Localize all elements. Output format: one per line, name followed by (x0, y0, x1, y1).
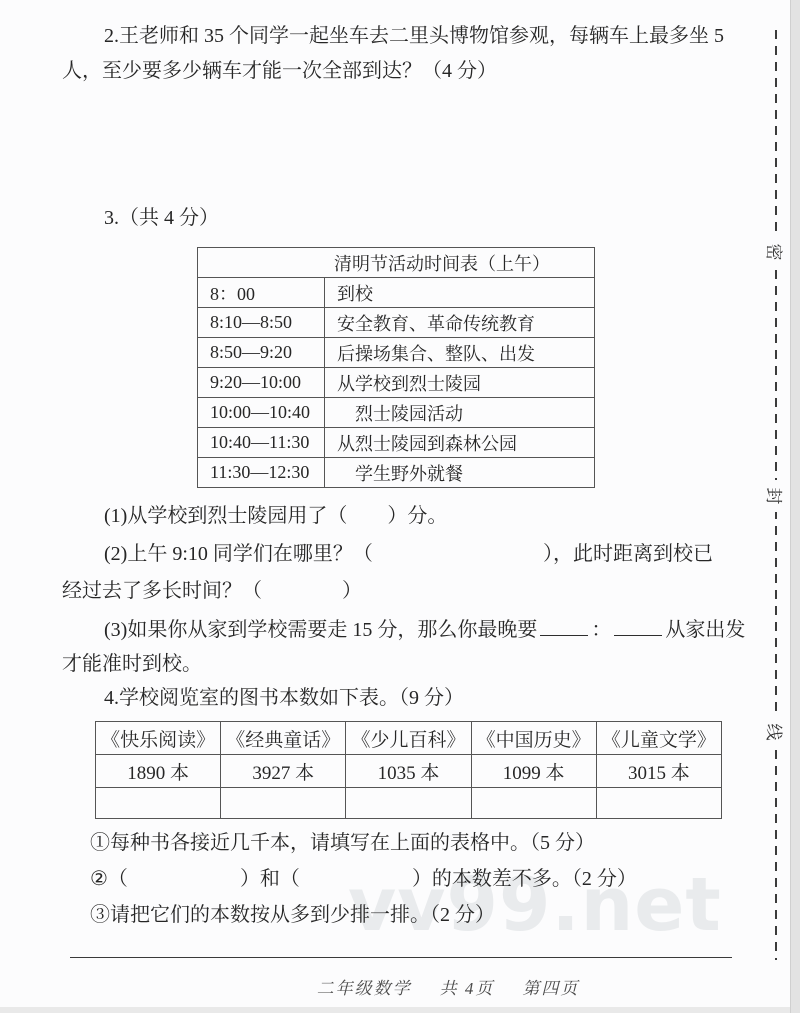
books-fill-row (96, 788, 722, 819)
table-row: 8:50—9:20 后操场集合、整队、出发 (198, 338, 595, 368)
question-2-line-1: 2.王老师和 35 个同学一起坐车去二里头博物馆参观，每辆车上最多坐 5 (104, 24, 724, 49)
question-3-sub-3-prefix: (3)如果你从家到学校需要走 15 分，那么你最晚要 (104, 619, 537, 641)
books-header-row: 《快乐阅读》 《经典童话》 《少儿百科》 《中国历史》 《儿童文学》 (96, 722, 722, 755)
footer-page-number: 第四页 (522, 979, 579, 998)
answer-blank-minute (614, 616, 662, 636)
question-4-sub-2-p2: ）和（ (240, 868, 300, 890)
table-row: 8:10—8:50 安全教育、革命传统教育 (198, 308, 595, 338)
schedule-activity: 到校 (325, 278, 595, 308)
books-header: 《少儿百科》 (346, 722, 471, 755)
scan-edge-bottom (0, 1007, 800, 1013)
question-3-sub-1: (1)从学校到烈士陵园用了（ ）分。 (104, 504, 447, 529)
books-fill-cell (346, 788, 471, 819)
books-header: 《快乐阅读》 (96, 722, 221, 755)
page-footer: 二年级数学共 4页第四页 (96, 974, 800, 999)
books-count-row: 1890 本 3927 本 1035 本 1099 本 3015 本 (96, 755, 722, 788)
seal-char-xian: 线 (761, 716, 791, 748)
question-3-sub-2-line-2: 经过去了多长时间？（ ） (62, 579, 362, 604)
schedule-activity: 从学校到烈士陵园 (325, 368, 595, 398)
footer-divider (70, 957, 732, 958)
table-row: 10:00—10:40 烈士陵园活动 (198, 398, 595, 428)
question-3-sub-3-line-2: 才能准时到校。 (62, 652, 202, 677)
books-header: 《中国历史》 (471, 722, 596, 755)
books-fill-cell (96, 788, 221, 819)
books-fill-cell (221, 788, 346, 819)
schedule-activity: 从烈士陵园到森林公园 (325, 428, 595, 458)
books-header: 《儿童文学》 (596, 722, 721, 755)
seal-char-feng: 封 (761, 480, 791, 512)
question-4-sub-1: ①每种书各接近几千本，请填写在上面的表格中。（5 分） (90, 831, 595, 856)
scan-edge-right (790, 0, 800, 1013)
table-row: 11:30—12:30 学生野外就餐 (198, 458, 595, 488)
books-table: 《快乐阅读》 《经典童话》 《少儿百科》 《中国历史》 《儿童文学》 1890 … (95, 721, 722, 819)
books-count: 3927 本 (221, 755, 346, 788)
schedule-time: 8:50—9:20 (198, 338, 325, 368)
question-4-sub-3: ③请把它们的本数按从多到少排一排。（2 分） (90, 903, 495, 928)
books-fill-cell (471, 788, 596, 819)
question-4-sub-2-p1: ②（ (90, 868, 128, 890)
question-4-sub-2: ②（）和（）的本数差不多。（2 分） (90, 867, 637, 892)
answer-blank-hour (540, 616, 588, 636)
schedule-activity: 安全教育、革命传统教育 (325, 308, 595, 338)
question-2-line-2: 人，至少要多少辆车才能一次全部到达？（4 分） (62, 59, 497, 84)
schedule-activity: 学生野外就餐 (325, 458, 595, 488)
exam-page: vv99.net 2.王老师和 35 个同学一起坐车去二里头博物馆参观，每辆车上… (0, 0, 800, 1013)
schedule-table: 清明节活动时间表（上午） 8：00 到校 8:10—8:50 安全教育、革命传统… (197, 247, 595, 488)
question-3-sub-3-suffix: 从家出发 (665, 619, 745, 641)
schedule-time: 8：00 (198, 278, 325, 308)
footer-total-pages: 共 4页 (440, 979, 495, 998)
question-3-sub-2-prefix: (2)上午 9:10 同学们在哪里？（ (104, 542, 373, 567)
question-4-sub-2-p3: ）的本数差不多。（2 分） (412, 868, 637, 890)
table-row: 10:40—11:30 从烈士陵园到森林公园 (198, 428, 595, 458)
schedule-time: 8:10—8:50 (198, 308, 325, 338)
books-fill-cell (596, 788, 721, 819)
question-4-label: 4.学校阅览室的图书本数如下表。（9 分） (104, 686, 464, 711)
question-3-sub-3: (3)如果你从家到学校需要走 15 分，那么你最晚要：从家出发 (104, 616, 745, 643)
question-3-label: 3.（共 4 分） (104, 206, 219, 231)
seal-char-mi: 密 (761, 236, 791, 268)
schedule-activity: 烈士陵园活动 (325, 398, 595, 428)
books-count: 1035 本 (346, 755, 471, 788)
schedule-time: 10:40—11:30 (198, 428, 325, 458)
time-colon: ： (591, 619, 611, 641)
schedule-time: 9:20—10:00 (198, 368, 325, 398)
books-count: 3015 本 (596, 755, 721, 788)
schedule-time: 10:00—10:40 (198, 398, 325, 428)
question-3-sub-2-suffix: ），此时距离到校已 (543, 542, 713, 567)
schedule-title-row: 清明节活动时间表（上午） (198, 248, 595, 278)
footer-course: 二年级数学 (317, 979, 412, 998)
schedule-activity: 后操场集合、整队、出发 (325, 338, 595, 368)
table-row: 9:20—10:00 从学校到烈士陵园 (198, 368, 595, 398)
books-header: 《经典童话》 (221, 722, 346, 755)
schedule-title: 清明节活动时间表（上午） (198, 248, 595, 278)
books-count: 1890 本 (96, 755, 221, 788)
table-row: 8：00 到校 (198, 278, 595, 308)
books-count: 1099 本 (471, 755, 596, 788)
schedule-time: 11:30—12:30 (198, 458, 325, 488)
